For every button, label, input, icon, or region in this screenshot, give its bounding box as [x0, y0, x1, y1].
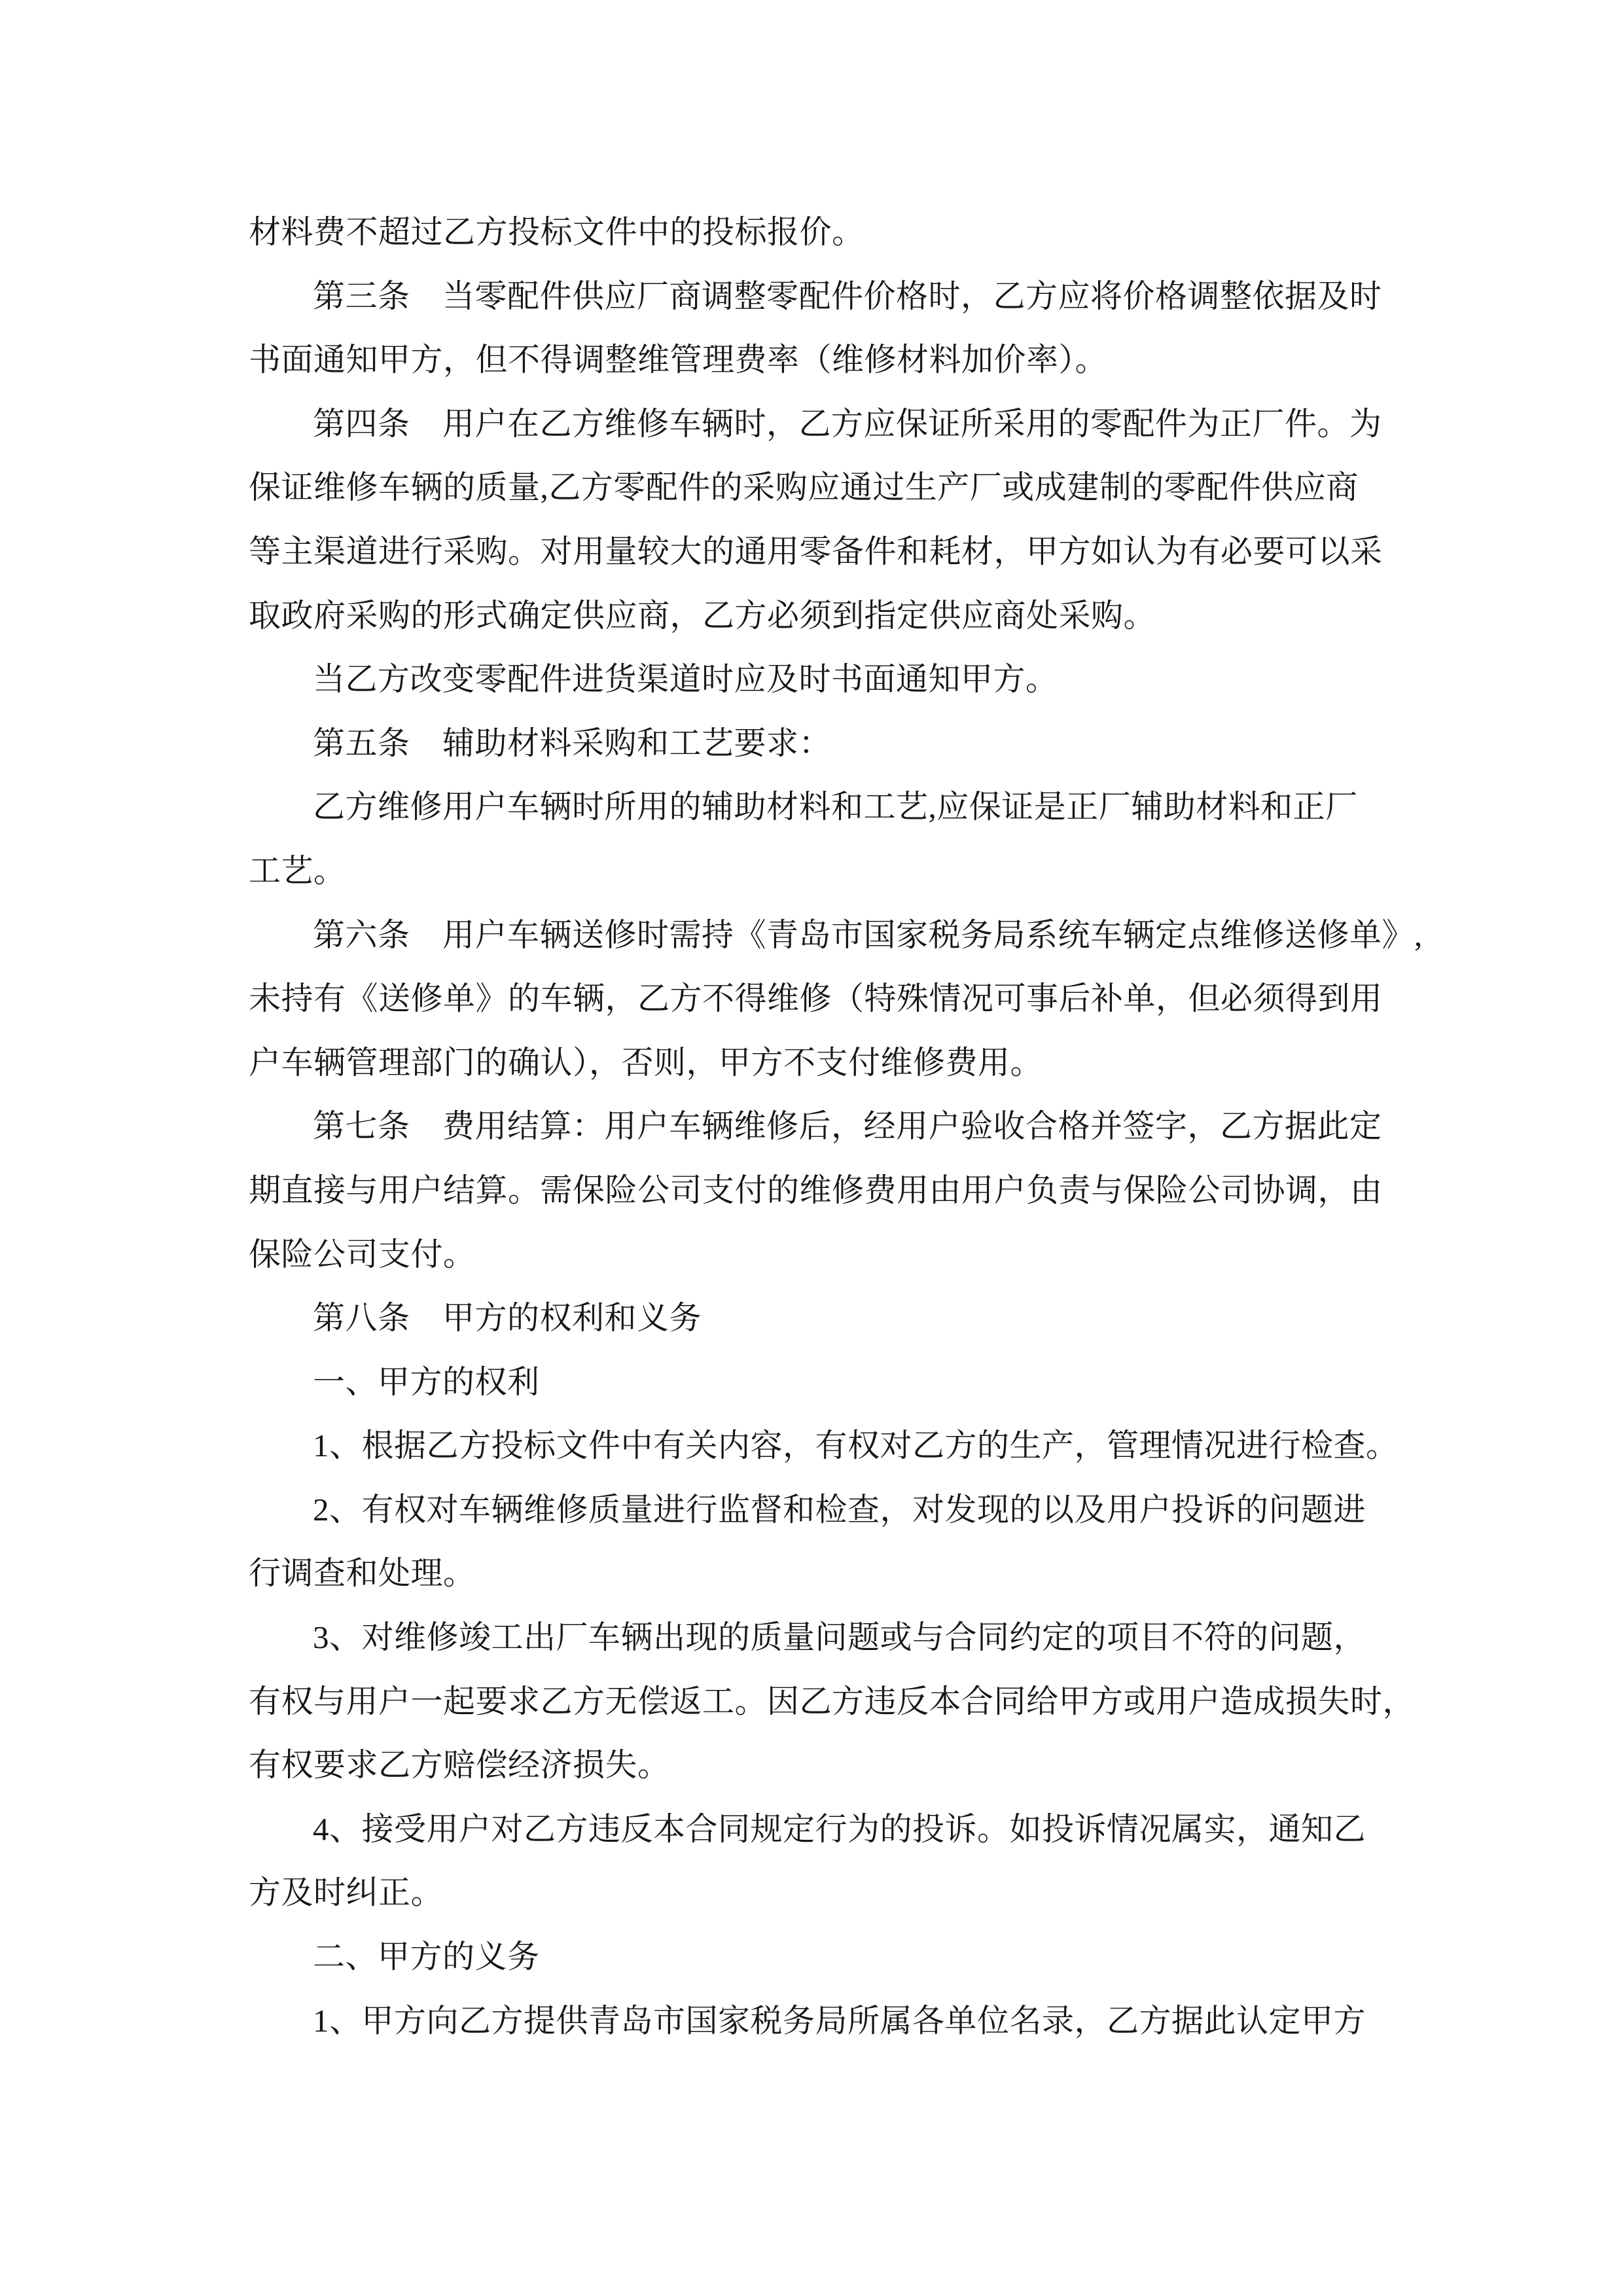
- text-line: 未持有《送修单》的车辆，乙方不得维修（特殊情况可事后补单，但必须得到用: [249, 967, 1505, 1031]
- page-background: 材料费不超过乙方投标文件中的投标报价。第三条 当零配件供应厂商调整零配件价格时，…: [0, 0, 1623, 2296]
- text-line: 第六条 用户车辆送修时需持《青岛市国家税务局系统车辆定点维修送修单》,: [249, 903, 1505, 967]
- text-line: 等主渠道进行采购。对用量较大的通用零备件和耗材，甲方如认为有必要可以采: [249, 520, 1505, 584]
- text-line: 有权要求乙方赔偿经济损失。: [249, 1733, 1505, 1797]
- text-line: 第七条 费用结算：用户车辆维修后，经用户验收合格并签字，乙方据此定: [249, 1094, 1505, 1158]
- text-line: 取政府采购的形式确定供应商，乙方必须到指定供应商处采购。: [249, 584, 1505, 648]
- text-line: 材料费不超过乙方投标文件中的投标报价。: [249, 200, 1505, 264]
- text-line: 户车辆管理部门的确认），否则，甲方不支付维修费用。: [249, 1031, 1505, 1095]
- text-line: 第五条 辅助材料采购和工艺要求：: [249, 711, 1505, 776]
- text-line: 保证维修车辆的质量,乙方零配件的采购应通过生产厂或成建制的零配件供应商: [249, 456, 1505, 520]
- text-line: 第四条 用户在乙方维修车辆时，乙方应保证所采用的零配件为正厂件。为: [249, 392, 1505, 456]
- text-line: 行调查和处理。: [249, 1541, 1505, 1605]
- text-line: 期直接与用户结算。需保险公司支付的维修费用由用户负责与保险公司协调，由: [249, 1158, 1505, 1223]
- text-line: 书面通知甲方，但不得调整维管理费率（维修材料加价率）。: [249, 328, 1505, 392]
- text-line: 二、甲方的义务: [249, 1925, 1505, 1989]
- text-line: 1、甲方向乙方提供青岛市国家税务局所属各单位名录，乙方据此认定甲方: [249, 1989, 1505, 2053]
- text-line: 第八条 甲方的权利和义务: [249, 1286, 1505, 1350]
- text-line: 1、根据乙方投标文件中有关内容，有权对乙方的生产，管理情况进行检查。: [249, 1414, 1505, 1478]
- text-line: 保险公司支付。: [249, 1223, 1505, 1287]
- text-line: 一、甲方的权利: [249, 1350, 1505, 1414]
- text-line: 4、接受用户对乙方违反本合同规定行为的投诉。如投诉情况属实，通知乙: [249, 1797, 1505, 1861]
- text-line: 工艺。: [249, 839, 1505, 903]
- text-line: 有权与用户一起要求乙方无偿返工。因乙方违反本合同给甲方或用户造成损失时，: [249, 1670, 1505, 1734]
- text-line: 当乙方改变零配件进货渠道时应及时书面通知甲方。: [249, 647, 1505, 711]
- text-line: 2、有权对车辆维修质量进行监督和检查，对发现的以及用户投诉的问题进: [249, 1478, 1505, 1542]
- text-line: 第三条 当零配件供应厂商调整零配件价格时，乙方应将价格调整依据及时: [249, 264, 1505, 329]
- text-line: 方及时纠正。: [249, 1861, 1505, 1925]
- text-line: 乙方维修用户车辆时所用的辅助材料和工艺,应保证是正厂辅助材料和正厂: [249, 775, 1505, 839]
- document-page: { "page": { "background_color": "#ffffff…: [0, 0, 1623, 2296]
- contract-text: 材料费不超过乙方投标文件中的投标报价。第三条 当零配件供应厂商调整零配件价格时，…: [249, 200, 1505, 2053]
- text-line: 3、对维修竣工出厂车辆出现的质量问题或与合同约定的项目不符的问题，: [249, 1605, 1505, 1670]
